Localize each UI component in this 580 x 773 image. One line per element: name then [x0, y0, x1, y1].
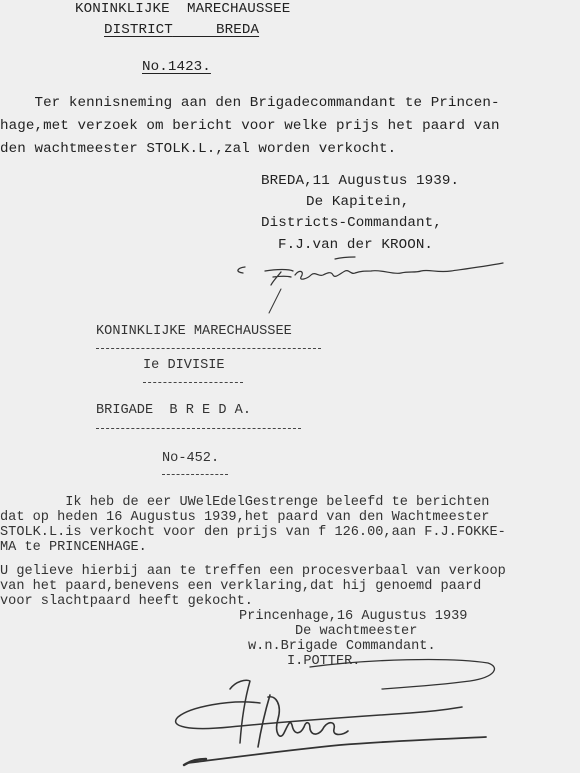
letter2-place-date: Princenhage,16 Augustus 1939: [239, 609, 467, 625]
divider: [162, 474, 228, 475]
letter2-body-line: STOLK.L.is verkocht voor den prijs van f…: [0, 525, 506, 541]
letter1-body-line: den wachtmeester STOLK.L.,zal worden ver…: [0, 140, 396, 159]
letter1-place-date: BREDA,11 Augustus 1939.: [261, 172, 459, 191]
letter2-brigade: BRIGADE B R E D A.: [96, 403, 251, 419]
letter1-number: No.1423.: [142, 58, 211, 77]
district-label: DISTRICT: [104, 22, 173, 38]
letter1-signature: [215, 255, 515, 315]
letter2-body-line: dat op heden 16 Augustus 1939,het paard …: [0, 510, 489, 526]
letter2-org: KONINKLIJKE MARECHAUSSEE: [96, 324, 292, 340]
divider: [96, 428, 301, 429]
letter2-division: Ie DIVISIE: [143, 358, 225, 374]
letter2-signature: [150, 655, 510, 770]
letter1-function: Districts-Commandant,: [261, 214, 442, 233]
divider: [96, 348, 321, 349]
letter2-body-line: van het paard,benevens een verklaring,da…: [0, 579, 481, 595]
letter1-rank: De Kapitein,: [306, 193, 409, 212]
letter1-body-line: hage,met verzoek om bericht voor welke p…: [0, 117, 500, 136]
letter1-district: DISTRICT BREDA: [104, 21, 259, 40]
letter1-body-line: Ter kennisneming aan den Brigadecommanda…: [0, 94, 500, 113]
letter1-org: KONINKLIJKE MARECHAUSSEE: [75, 0, 290, 19]
letter2-rank: De wachtmeester: [295, 624, 417, 640]
divider: [143, 382, 243, 383]
letter1-name: F.J.van der KROON.: [278, 236, 433, 255]
district-name: BREDA: [216, 22, 259, 38]
letter2-body-line: Ik heb de eer UWelEdelGestrenge beleefd …: [0, 495, 489, 511]
letter2-body-line: U gelieve hierbij aan te treffen een pro…: [0, 564, 506, 580]
letter2-body-line: MA te PRINCENHAGE.: [0, 540, 147, 556]
letter2-body-line: voor slachtpaard heeft gekocht.: [0, 594, 253, 610]
letter2-number: No-452.: [162, 451, 219, 467]
letter2-function: w.n.Brigade Commandant.: [248, 639, 436, 655]
document-page: KONINKLIJKE MARECHAUSSEE DISTRICT BREDA …: [0, 0, 580, 773]
